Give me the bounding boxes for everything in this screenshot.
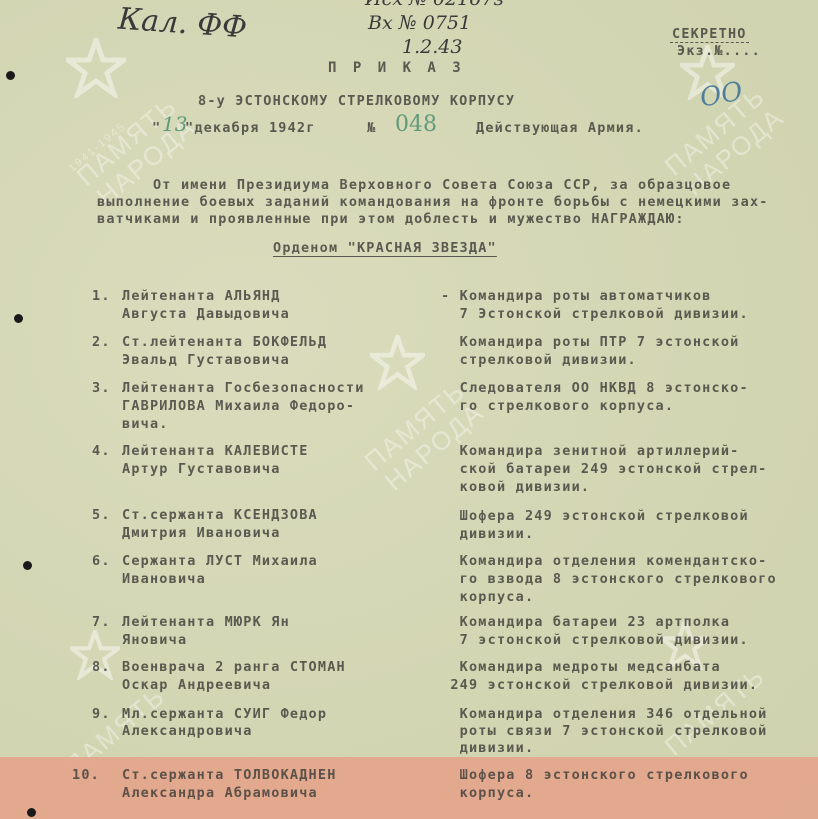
entry-role-line: го взвода 8 эстонского стрелкового bbox=[441, 571, 777, 587]
entry-role-line: 7 эстонской стрелковой дивизии. bbox=[441, 632, 749, 648]
handwritten-incoming-ref: Вх № 0751 bbox=[368, 12, 471, 34]
entry-number: 9. bbox=[92, 706, 111, 722]
entry-role-line: - Командира роты автоматчиков bbox=[441, 288, 712, 304]
date-quote-open: " bbox=[152, 120, 161, 136]
handwritten-order-number: 048 bbox=[395, 112, 437, 137]
entry-name-line: Яновича bbox=[122, 632, 187, 648]
punch-hole bbox=[14, 314, 23, 323]
handwritten-date: 1.2.43 bbox=[402, 36, 462, 58]
entry-name-line: Оскар Андреевича bbox=[122, 677, 271, 693]
entry-name-line: ГАВРИЛОВА Михаила Федоро- bbox=[122, 398, 355, 414]
entry-role-line: Следователя ОО НКВД 8 эстонско- bbox=[441, 380, 749, 396]
blue-ink-mark: ОО bbox=[698, 77, 745, 114]
addressee: 8-у ЭСТОНСКОМУ СТРЕЛКОВОМУ КОРПУСУ bbox=[198, 93, 515, 109]
entry-number: 2. bbox=[92, 334, 111, 350]
entry-name-line: Лейтенанта МЮРК Ян bbox=[122, 614, 290, 630]
entry-role-line: го стрелкового корпуса. bbox=[441, 398, 674, 414]
entry-name-line: Лейтенанта АЛЬЯНД bbox=[122, 288, 281, 304]
entry-role-line: Шофера 8 эстонского стрелкового bbox=[441, 767, 749, 783]
entry-role-line: Командира медроты медсанбата bbox=[441, 659, 721, 675]
entry-number: 5. bbox=[92, 507, 111, 523]
entry-role-line: Командира отделения комендантско- bbox=[441, 553, 767, 569]
entry-role-line: 249 эстонской стрелковой дивизии. bbox=[441, 677, 758, 693]
entry-role-line: роты связи 7 эстонской стрелковой bbox=[441, 723, 767, 739]
star-watermark-icon bbox=[370, 335, 425, 390]
watermark-years: 1941-1945 bbox=[62, 115, 133, 180]
entry-number: 6. bbox=[92, 553, 111, 569]
star-watermark-icon bbox=[66, 38, 126, 98]
entry-number: 10. bbox=[72, 767, 100, 783]
preamble-line: ватчиками и проявленные при этом доблест… bbox=[97, 211, 685, 227]
entry-role-line: Командира роты ПТР 7 эстонской bbox=[441, 334, 740, 350]
award-heading: Орденом "КРАСНАЯ ЗВЕЗДА" bbox=[273, 240, 497, 256]
entry-role-line: Шофера 249 эстонской стрелковой bbox=[441, 508, 749, 524]
entry-role-line: Командира зенитной артиллерий- bbox=[441, 443, 740, 459]
punch-hole bbox=[6, 71, 15, 80]
date-month-year: "декабря 1942г bbox=[185, 120, 316, 136]
army-label: Действующая Армия. bbox=[476, 120, 644, 136]
entry-name-line: Артур Густавовича bbox=[122, 461, 281, 477]
entry-name-line: Ст.сержанта КСЕНДЗОВА bbox=[122, 507, 318, 523]
entry-name-line: Сержанта ЛУСТ Михаила bbox=[122, 553, 318, 569]
entry-name-line: Мл.сержанта СУИГ Федор bbox=[122, 706, 327, 722]
handwritten-file-note: Кал. ФФ bbox=[117, 2, 248, 46]
order-title: П Р И К А З bbox=[328, 60, 465, 76]
entry-role-line: дивизии. bbox=[441, 740, 534, 756]
entry-role-line: Командира батареи 23 артполка bbox=[441, 614, 730, 630]
entry-role-line: корпуса. bbox=[441, 589, 534, 605]
entry-name-line: Августа Давыдовича bbox=[122, 306, 290, 322]
entry-name-line: Лейтенанта Госбезопасности bbox=[122, 380, 365, 396]
entry-role-line: ковой дивизии. bbox=[441, 479, 590, 495]
entry-number: 3. bbox=[92, 380, 111, 396]
entry-name-line: Ивановича bbox=[122, 571, 206, 587]
entry-name-line: Дмитрия Ивановича bbox=[122, 525, 281, 541]
entry-number: 8. bbox=[92, 659, 111, 675]
handwritten-outgoing-ref: Исх № 02167з bbox=[365, 0, 504, 10]
preamble-line: От имени Президиума Верховного Совета Со… bbox=[97, 177, 731, 193]
entry-number: 1. bbox=[92, 288, 111, 304]
entry-name-line: Военврача 2 ранга СТОМАН bbox=[122, 659, 346, 675]
entry-role-line: 7 Эстонской стрелковой дивизии. bbox=[441, 306, 749, 322]
number-sign: № bbox=[367, 120, 376, 136]
entry-name-line: Эвальд Густавовича bbox=[122, 352, 290, 368]
secret-label: СЕКРЕТНО bbox=[670, 26, 749, 43]
entry-name-line: Ст.сержанта ТОЛВОКАДНЕН bbox=[122, 767, 337, 783]
punch-hole bbox=[27, 808, 36, 817]
archive-document-page: 1941-1945 ПАМЯТЬ НАРОДА ПАМЯТЬ НАРОДА ПА… bbox=[0, 0, 818, 819]
entry-name-line: Лейтенанта КАЛЕВИСТЕ bbox=[122, 443, 309, 459]
handwritten-day: 13 bbox=[162, 112, 187, 136]
entry-role-line: дивизии. bbox=[441, 526, 534, 542]
entry-name-line: вича. bbox=[122, 416, 169, 432]
watermark-line1: ПАМЯТЬ bbox=[72, 92, 182, 190]
entry-role-line: стрелковой дивизии. bbox=[441, 352, 637, 368]
entry-name-line: Александровича bbox=[122, 723, 253, 739]
entry-role-line: корпуса. bbox=[441, 785, 534, 801]
entry-name-line: Александра Абрамовича bbox=[122, 785, 318, 801]
punch-hole bbox=[23, 561, 32, 570]
entry-name-line: Ст.лейтенанта БОКФЕЛЬД bbox=[122, 334, 327, 350]
entry-number: 4. bbox=[92, 443, 111, 459]
entry-role-line: Командира отделения 346 отдельной bbox=[441, 706, 767, 722]
preamble-line: выполнение боевых заданий командования н… bbox=[97, 194, 769, 210]
copy-number-label: Экз.№.... bbox=[677, 43, 761, 59]
entry-role-line: ской батареи 249 эстонской стрел- bbox=[441, 461, 767, 477]
entry-number: 7. bbox=[92, 614, 111, 630]
